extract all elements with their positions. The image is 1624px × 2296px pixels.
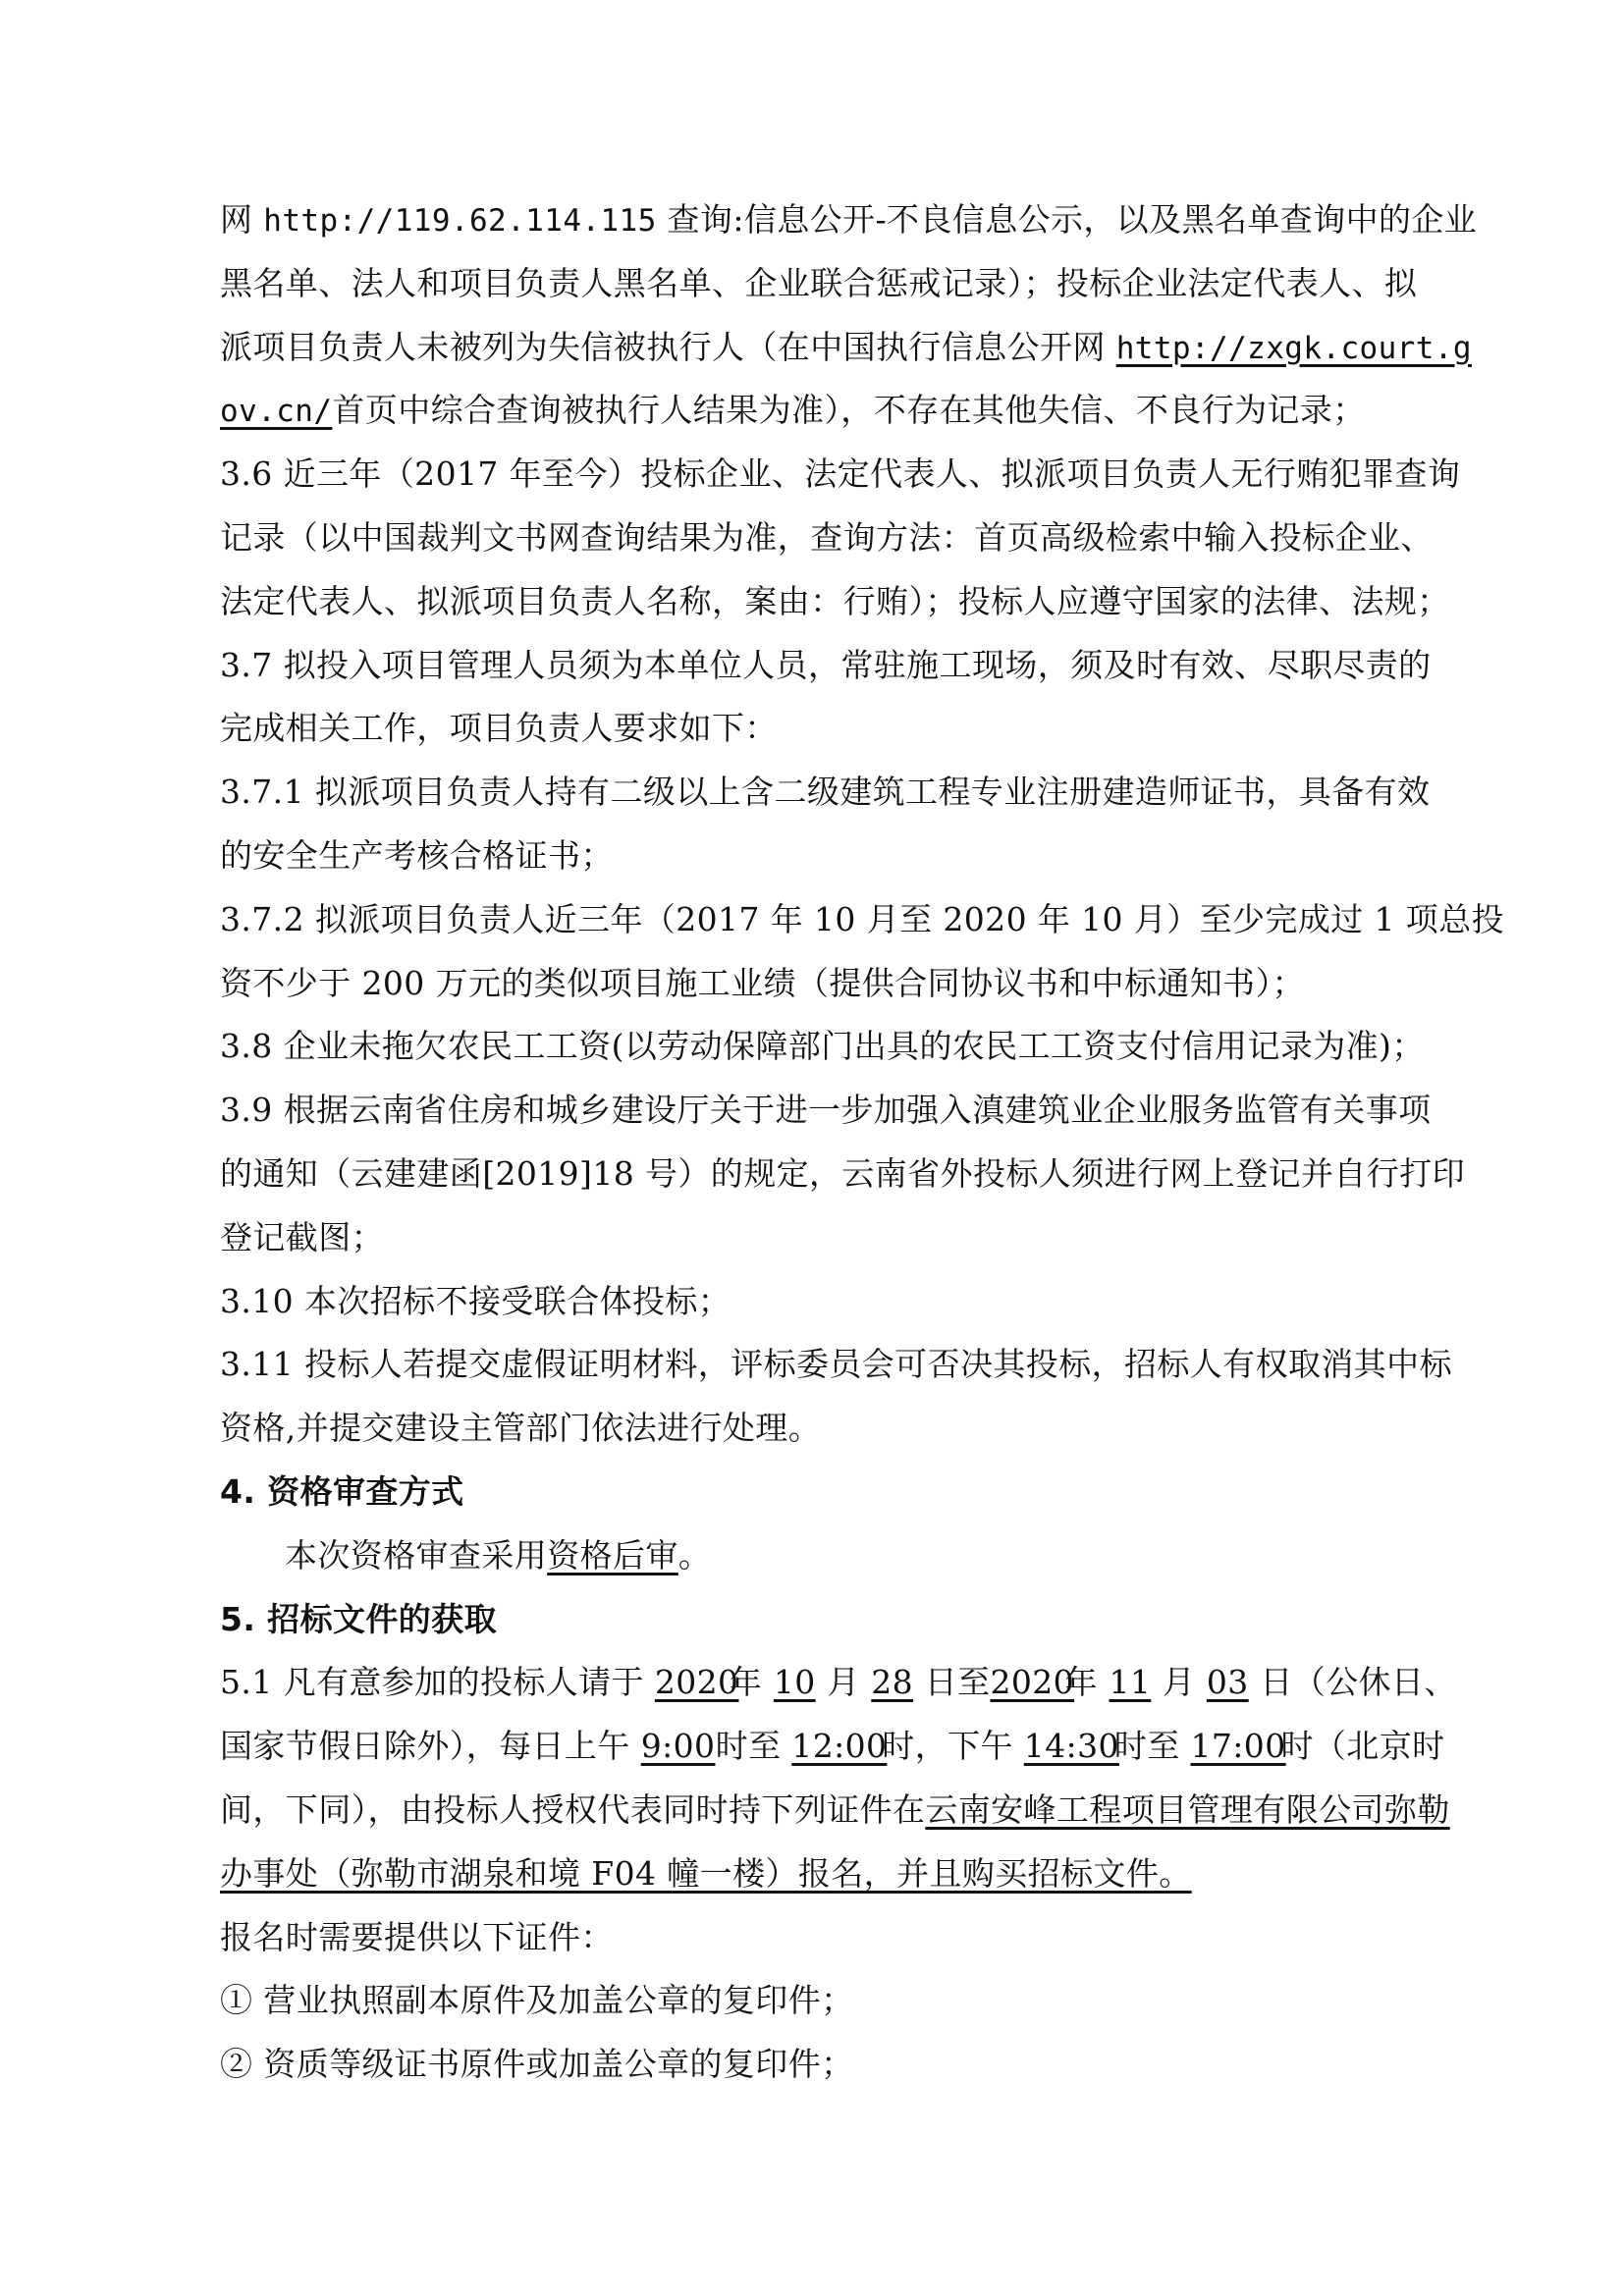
filled-blank: 2020 bbox=[991, 1651, 1065, 1715]
text-line: 派项目负责人未被列为失信被执行人（在中国执行信息公开网 http://zxgk.… bbox=[220, 316, 1424, 380]
text-span: 。 bbox=[678, 1536, 711, 1575]
text-line: 3.7.2 拟派项目负责人近三年（2017 年 10 月至 2020 年 10 … bbox=[220, 888, 1424, 952]
text-line: 登记截图； bbox=[220, 1206, 1424, 1270]
text-span: 派项目负责人未被列为失信被执行人（在中国执行信息公开网 bbox=[220, 328, 1116, 366]
text-span: 3.7.2 拟派项目负责人近三年（2017 年 10 月至 2020 年 10 … bbox=[220, 900, 1504, 938]
text-span: 3.8 企业未拖欠农民工工资(以劳动保障部门出具的农民工工资支付信用记录为准)； bbox=[220, 1027, 1425, 1065]
text-line: 3.10 本次招标不接受联合体投标； bbox=[220, 1270, 1424, 1334]
text-line: 资格,并提交建设主管部门依法进行处理。 bbox=[220, 1397, 1424, 1461]
text-span: 的通知（云建建函[2019]18 号）的规定，云南省外投标人须进行网上登记并自行… bbox=[220, 1154, 1465, 1193]
text-span: 年 bbox=[1065, 1663, 1098, 1701]
text-line: 网 http://119.62.114.115 查询:信息公开-不良信息公示，以… bbox=[220, 188, 1424, 252]
text-span: 3.9 根据云南省住房和城乡建设厅关于进一步加强入滇建筑业企业服务监管有关事项 bbox=[220, 1091, 1432, 1129]
filled-blank: 17:00 bbox=[1191, 1715, 1281, 1779]
filled-blank: 12:00 bbox=[791, 1715, 882, 1779]
text-line: 报名时需要提供以下证件： bbox=[220, 1906, 1424, 1970]
text-line: 5.1 凡有意参加的投标人请于 2020年10月28日至2020年11月03日（… bbox=[220, 1651, 1424, 1715]
text-line: 3.7 拟投入项目管理人员须为本单位人员，常驻施工现场，须及时有效、尽职尽责的 bbox=[220, 634, 1424, 698]
underlined-text: 云南安峰工程项目管理有限公司弥勒 bbox=[925, 1790, 1449, 1829]
text-span: 3.11 投标人若提交虚假证明材料，评标委员会可否决其投标，招标人有权取消其中标 bbox=[220, 1345, 1452, 1383]
filled-blank: 28 bbox=[860, 1651, 925, 1715]
text-span: 法定代表人、拟派项目负责人名称，案由：行贿）；投标人应遵守国家的法律、法规； bbox=[220, 582, 1450, 620]
text-line: ② 资质等级证书原件或加盖公章的复印件； bbox=[220, 2033, 1424, 2097]
text-span: http://119.62.114.115 bbox=[263, 203, 656, 239]
text-span: 月 bbox=[827, 1663, 859, 1701]
text-line: 资不少于 200 万元的类似项目施工业绩（提供合同协议书和中标通知书）； bbox=[220, 952, 1424, 1016]
url-link[interactable]: ov.cn/ bbox=[220, 394, 332, 429]
filled-blank: 2020 bbox=[655, 1651, 730, 1715]
text-line: 3.6 近三年（2017 年至今）投标企业、法定代表人、拟派项目负责人无行贿犯罪… bbox=[220, 443, 1424, 507]
text-span: 资格,并提交建设主管部门依法进行处理。 bbox=[220, 1409, 821, 1447]
text-span: 5. 招标文件的获取 bbox=[220, 1600, 497, 1638]
filled-blank: 03 bbox=[1195, 1651, 1260, 1715]
text-line: 国家节假日除外），每日上午 9:00时至 12:00时，下午 14:30时至 1… bbox=[220, 1715, 1424, 1779]
filled-blank: 11 bbox=[1098, 1651, 1163, 1715]
section-heading: 5. 招标文件的获取 bbox=[220, 1588, 1424, 1652]
text-line: 3.7.1 拟派项目负责人持有二级以上含二级建筑工程专业注册建造师证书，具备有效 bbox=[220, 761, 1424, 825]
text-span: 黑名单、法人和项目负责人黑名单、企业联合惩戒记录）；投标企业法定代表人、拟 bbox=[220, 264, 1417, 302]
text-span: 3.7.1 拟派项目负责人持有二级以上含二级建筑工程专业注册建造师证书，具备有效 bbox=[220, 773, 1430, 811]
text-span: 记录（以中国裁判文书网查询结果为准，查询方法：首页高级检索中输入投标企业、 bbox=[220, 518, 1434, 557]
text-line: 3.11 投标人若提交虚假证明材料，评标委员会可否决其投标，招标人有权取消其中标 bbox=[220, 1333, 1424, 1397]
text-span: 3.7 拟投入项目管理人员须为本单位人员，常驻施工现场，须及时有效、尽职尽责的 bbox=[220, 646, 1432, 684]
filled-blank: 10 bbox=[762, 1651, 827, 1715]
underlined-text: 资格后审 bbox=[547, 1536, 678, 1575]
text-line: 3.9 根据云南省住房和城乡建设厅关于进一步加强入滇建筑业企业服务监管有关事项 bbox=[220, 1079, 1424, 1143]
text-line: 记录（以中国裁判文书网查询结果为准，查询方法：首页高级检索中输入投标企业、 bbox=[220, 507, 1424, 570]
text-span: 完成相关工作，项目负责人要求如下： bbox=[220, 709, 778, 747]
section-heading: 4. 资格审查方式 bbox=[220, 1461, 1424, 1524]
filled-blank: 9:00 bbox=[641, 1715, 716, 1779]
text-span: 报名时需要提供以下证件： bbox=[220, 1918, 614, 1956]
text-span: 首页中综合查询被执行人结果为准），不存在其他失信、不良行为记录； bbox=[332, 391, 1365, 429]
text-span: 时，下午 bbox=[882, 1727, 1024, 1765]
text-span: 资不少于 200 万元的类似项目施工业绩（提供合同协议书和中标通知书）； bbox=[220, 964, 1305, 1002]
filled-blank: 14:30 bbox=[1024, 1715, 1114, 1779]
text-line: ① 营业执照副本原件及加盖公章的复印件； bbox=[220, 1969, 1424, 2033]
text-span: 登记截图； bbox=[220, 1218, 384, 1256]
text-span: 时（北京时 bbox=[1281, 1727, 1445, 1765]
text-span: 本次资格审查采用 bbox=[285, 1536, 547, 1575]
url-link[interactable]: http://zxgk.court.g bbox=[1116, 331, 1472, 366]
text-line: 本次资格审查采用资格后审。 bbox=[220, 1524, 1424, 1588]
text-span: 5.1 凡有意参加的投标人请于 bbox=[220, 1663, 655, 1701]
text-span: 年 bbox=[730, 1663, 762, 1701]
text-span: ② 资质等级证书原件或加盖公章的复印件； bbox=[220, 2045, 854, 2083]
text-span: 月 bbox=[1163, 1663, 1195, 1701]
text-span: ① 营业执照副本原件及加盖公章的复印件； bbox=[220, 1981, 854, 2019]
text-span: 3.10 本次招标不接受联合体投标； bbox=[220, 1282, 731, 1320]
text-span: 4. 资格审查方式 bbox=[220, 1472, 464, 1511]
text-span: 日（公休日、 bbox=[1260, 1663, 1456, 1701]
text-line: ov.cn/首页中综合查询被执行人结果为准），不存在其他失信、不良行为记录； bbox=[220, 379, 1424, 443]
text-line: 间，下同），由投标人授权代表同时持下列证件在云南安峰工程项目管理有限公司弥勒 bbox=[220, 1779, 1424, 1842]
underlined-text: 办事处（弥勒市湖泉和境 F04 幢一楼）报名，并且购买招标文件。 bbox=[220, 1854, 1192, 1893]
text-line: 完成相关工作，项目负责人要求如下： bbox=[220, 697, 1424, 761]
text-line: 法定代表人、拟派项目负责人名称，案由：行贿）；投标人应遵守国家的法律、法规； bbox=[220, 570, 1424, 634]
text-span: 日至 bbox=[925, 1663, 991, 1701]
text-span: 时至 bbox=[1114, 1727, 1191, 1765]
text-span: 的安全生产考核合格证书； bbox=[220, 836, 614, 875]
text-span: 时至 bbox=[716, 1727, 792, 1765]
text-span: 3.6 近三年（2017 年至今）投标企业、法定代表人、拟派项目负责人无行贿犯罪… bbox=[220, 454, 1460, 493]
text-span: 网 bbox=[220, 200, 263, 239]
text-line: 的安全生产考核合格证书； bbox=[220, 825, 1424, 888]
text-line: 黑名单、法人和项目负责人黑名单、企业联合惩戒记录）；投标企业法定代表人、拟 bbox=[220, 252, 1424, 316]
text-line: 3.8 企业未拖欠农民工工资(以劳动保障部门出具的农民工工资支付信用记录为准)； bbox=[220, 1015, 1424, 1079]
text-line: 的通知（云建建函[2019]18 号）的规定，云南省外投标人须进行网上登记并自行… bbox=[220, 1143, 1424, 1206]
document-page: 网 http://119.62.114.115 查询:信息公开-不良信息公示，以… bbox=[220, 188, 1424, 2097]
text-span: 查询:信息公开-不良信息公示，以及黑名单查询中的企业 bbox=[657, 200, 1478, 239]
text-span: 国家节假日除外），每日上午 bbox=[220, 1727, 641, 1765]
text-line: 办事处（弥勒市湖泉和境 F04 幢一楼）报名，并且购买招标文件。 bbox=[220, 1842, 1424, 1906]
text-span: 间，下同），由投标人授权代表同时持下列证件在 bbox=[220, 1790, 925, 1829]
